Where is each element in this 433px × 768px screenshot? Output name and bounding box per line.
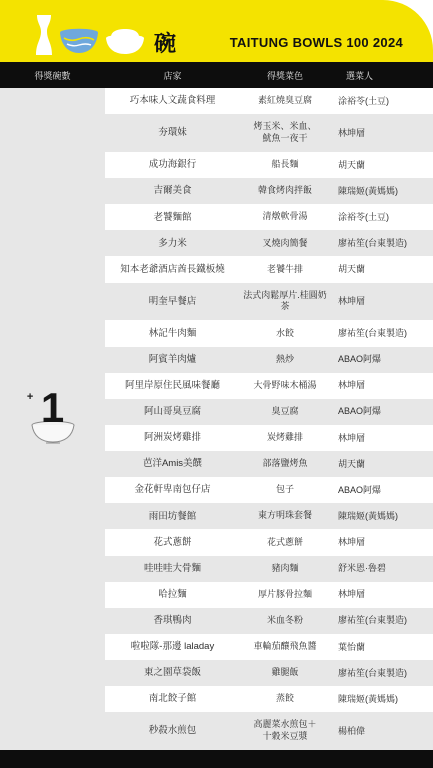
store-name: 阿里岸原住民風味餐廳 <box>105 378 240 393</box>
logo-bowl-character: 碗 <box>154 34 176 55</box>
table-column-header: 得獎碗數 店家 得獎菜色 選菜人 <box>0 62 433 88</box>
table-row: 阿里岸原住民風味餐廳 大骨野味木桶湯 林坤層 <box>105 373 433 399</box>
store-name: 夯環妹 <box>105 125 240 140</box>
selector-name: 林坤層 <box>330 126 433 141</box>
store-name: 哇哇哇大骨麵 <box>105 561 240 576</box>
award-dish: 厚片豚骨拉麵 <box>240 587 330 603</box>
selector-name: 胡天蘭 <box>330 262 433 277</box>
table-row: 香琪鴨肉 米血冬粉 廖祐笙(台東製造) <box>105 608 433 634</box>
table-row: 成功海銀行 船長麵 胡天蘭 <box>105 152 433 178</box>
selector-name: 林坤層 <box>330 431 433 446</box>
white-bowl-icon <box>104 28 146 55</box>
store-name: 雨田坊餐館 <box>105 509 240 524</box>
bowl-count-column: + 1 <box>0 88 105 750</box>
store-name: 成功海銀行 <box>105 157 240 172</box>
award-dish: 米血冬粉 <box>240 613 330 629</box>
blue-bowl-icon <box>59 28 99 55</box>
award-dish: 臭豆腐 <box>240 404 330 420</box>
table-row: 芭洋Amis美饌 部落鹽烤魚 胡天蘭 <box>105 451 433 477</box>
award-dish: 蒸餃 <box>240 691 330 707</box>
store-name: 花式蔥餅 <box>105 535 240 550</box>
selector-name: 胡天蘭 <box>330 158 433 173</box>
selector-name: 林坤層 <box>330 587 433 602</box>
column-header-dish: 得獎菜色 <box>240 69 330 82</box>
selector-name: 舒米恩·魯碧 <box>330 561 433 576</box>
award-dish: 豬肉麵 <box>240 561 330 577</box>
bowl-count-badge: + 1 <box>30 389 76 449</box>
selector-name: 林坤層 <box>330 535 433 550</box>
table-body: + 1 巧本味人文蔬食料理 素紅燒臭豆腐 涂裕苓(土豆) 夯環妹 烤玉米、米血、… <box>0 88 433 750</box>
award-dish: 雞腿飯 <box>240 665 330 681</box>
selector-name: 廖祐笙(台東製造) <box>330 236 433 251</box>
table-row: 明奎早餐店 法式肉鬆厚片.桂圓奶茶 林坤層 <box>105 283 433 321</box>
selector-name: 陳瑞姬(黃媽媽) <box>330 184 433 199</box>
header-banner: 碗 TAITUNG BOWLS 100 2024 <box>0 0 433 62</box>
award-dish: 包子 <box>240 482 330 498</box>
store-name: 吉爾美食 <box>105 183 240 198</box>
selector-name: 涂裕苓(土豆) <box>330 94 433 109</box>
page: 碗 TAITUNG BOWLS 100 2024 得獎碗數 店家 得獎菜色 選菜… <box>0 0 433 768</box>
table-row: 林記牛肉麵 水餃 廖祐笙(台東製造) <box>105 320 433 346</box>
award-dish: 大骨野味木桶湯 <box>240 378 330 394</box>
selector-name: ABAO阿爆 <box>330 404 433 419</box>
award-dish: 東方明珠套餐 <box>240 508 330 524</box>
table-row: 秒殺水煎包 高麗菜水煎包＋ 十穀米豆漿 楊柏偉 <box>105 712 433 750</box>
selector-name: ABAO阿爆 <box>330 483 433 498</box>
award-dish: 清燉軟骨湯 <box>240 209 330 225</box>
selector-name: 廖祐笙(台東製造) <box>330 326 433 341</box>
table-row: 南北餃子館 蒸餃 陳瑞姬(黃媽媽) <box>105 686 433 712</box>
award-dish: 烤玉米、米血、 魷魚一夜干 <box>240 119 330 146</box>
selector-name: 林坤層 <box>330 294 433 309</box>
store-name: 啦啦隊-那邊 laladay <box>105 639 240 654</box>
column-header-store: 店家 <box>105 69 240 82</box>
table-row: 老饕麵館 清燉軟骨湯 涂裕苓(土豆) <box>105 204 433 230</box>
table-row: 雨田坊餐館 東方明珠套餐 陳瑞姬(黃媽媽) <box>105 503 433 529</box>
selector-name: 楊柏偉 <box>330 724 433 739</box>
store-name: 哈拉麵 <box>105 587 240 602</box>
store-name: 阿山哥臭豆腐 <box>105 404 240 419</box>
store-name: 知本老爺酒店酋長鐵板燒 <box>105 262 240 277</box>
column-header-bowl-count: 得獎碗數 <box>0 69 105 82</box>
store-name: 巧本味人文蔬食料理 <box>105 93 240 108</box>
selector-name: 葉怡蘭 <box>330 640 433 655</box>
table-row: 阿山哥臭豆腐 臭豆腐 ABAO阿爆 <box>105 399 433 425</box>
store-name: 老饕麵館 <box>105 210 240 225</box>
selector-name: 林坤層 <box>330 378 433 393</box>
award-dish: 素紅燒臭豆腐 <box>240 93 330 109</box>
table-row: 啦啦隊-那邊 laladay 車輪茄釀飛魚醬 葉怡蘭 <box>105 634 433 660</box>
plus-mark: + <box>27 391 33 403</box>
store-name: 東之園草袋飯 <box>105 665 240 680</box>
award-dish: 車輪茄釀飛魚醬 <box>240 639 330 655</box>
selector-name: ABAO阿爆 <box>330 352 433 367</box>
store-name: 南北餃子館 <box>105 691 240 706</box>
store-name: 阿賓羊肉爐 <box>105 352 240 367</box>
selector-name: 廖祐笙(台東製造) <box>330 666 433 681</box>
award-dish: 韓食烤肉拌飯 <box>240 183 330 199</box>
store-name: 秒殺水煎包 <box>105 723 240 738</box>
table-row: 東之園草袋飯 雞腿飯 廖祐笙(台東製造) <box>105 660 433 686</box>
table-row: 吉爾美食 韓食烤肉拌飯 陳瑞姬(黃媽媽) <box>105 178 433 204</box>
table-row: 哇哇哇大骨麵 豬肉麵 舒米恩·魯碧 <box>105 556 433 582</box>
award-dish: 部落鹽烤魚 <box>240 456 330 472</box>
table-row: 巧本味人文蔬食料理 素紅燒臭豆腐 涂裕苓(土豆) <box>105 88 433 114</box>
table-row: 多力米 叉燒肉簡餐 廖祐笙(台東製造) <box>105 230 433 256</box>
selector-name: 涂裕苓(土豆) <box>330 210 433 225</box>
award-dish: 高麗菜水煎包＋ 十穀米豆漿 <box>240 717 330 744</box>
logo-100-bowls: 碗 <box>34 15 176 55</box>
store-name: 芭洋Amis美饌 <box>105 456 240 471</box>
table-row: 知本老爺酒店酋長鐵板燒 老饕牛排 胡天蘭 <box>105 256 433 282</box>
store-name: 多力米 <box>105 236 240 251</box>
award-dish: 熱炒 <box>240 352 330 368</box>
award-dish: 花式蔥餅 <box>240 535 330 551</box>
selector-name: 胡天蘭 <box>330 457 433 472</box>
table-rows: 巧本味人文蔬食料理 素紅燒臭豆腐 涂裕苓(土豆) 夯環妹 烤玉米、米血、 魷魚一… <box>105 88 433 750</box>
store-name: 香琪鴨肉 <box>105 613 240 628</box>
award-dish: 叉燒肉簡餐 <box>240 236 330 252</box>
table-row: 阿洲炭烤雞排 炭烤雞排 林坤層 <box>105 425 433 451</box>
page-title: TAITUNG BOWLS 100 2024 <box>230 35 403 55</box>
table-row: 夯環妹 烤玉米、米血、 魷魚一夜干 林坤層 <box>105 114 433 152</box>
store-name: 明奎早餐店 <box>105 294 240 309</box>
footer-bar <box>0 750 433 768</box>
store-name: 林記牛肉麵 <box>105 326 240 341</box>
award-dish: 水餃 <box>240 326 330 342</box>
award-dish: 炭烤雞排 <box>240 430 330 446</box>
store-name: 阿洲炭烤雞排 <box>105 430 240 445</box>
table-row: 阿賓羊肉爐 熱炒 ABAO阿爆 <box>105 347 433 373</box>
selector-name: 陳瑞姬(黃媽媽) <box>330 509 433 524</box>
column-header-selector: 選菜人 <box>330 69 433 82</box>
award-dish: 老饕牛排 <box>240 262 330 278</box>
vase-icon <box>34 15 54 55</box>
award-dish: 法式肉鬆厚片.桂圓奶茶 <box>240 288 330 315</box>
selector-name: 陳瑞姬(黃媽媽) <box>330 692 433 707</box>
table-row: 哈拉麵 厚片豚骨拉麵 林坤層 <box>105 582 433 608</box>
selector-name: 廖祐笙(台東製造) <box>330 613 433 628</box>
table-row: 金花軒卑南包仔店 包子 ABAO阿爆 <box>105 477 433 503</box>
bowl-count-value: 1 <box>41 384 64 431</box>
store-name: 金花軒卑南包仔店 <box>105 482 240 497</box>
award-dish: 船長麵 <box>240 157 330 173</box>
table-row: 花式蔥餅 花式蔥餅 林坤層 <box>105 529 433 555</box>
